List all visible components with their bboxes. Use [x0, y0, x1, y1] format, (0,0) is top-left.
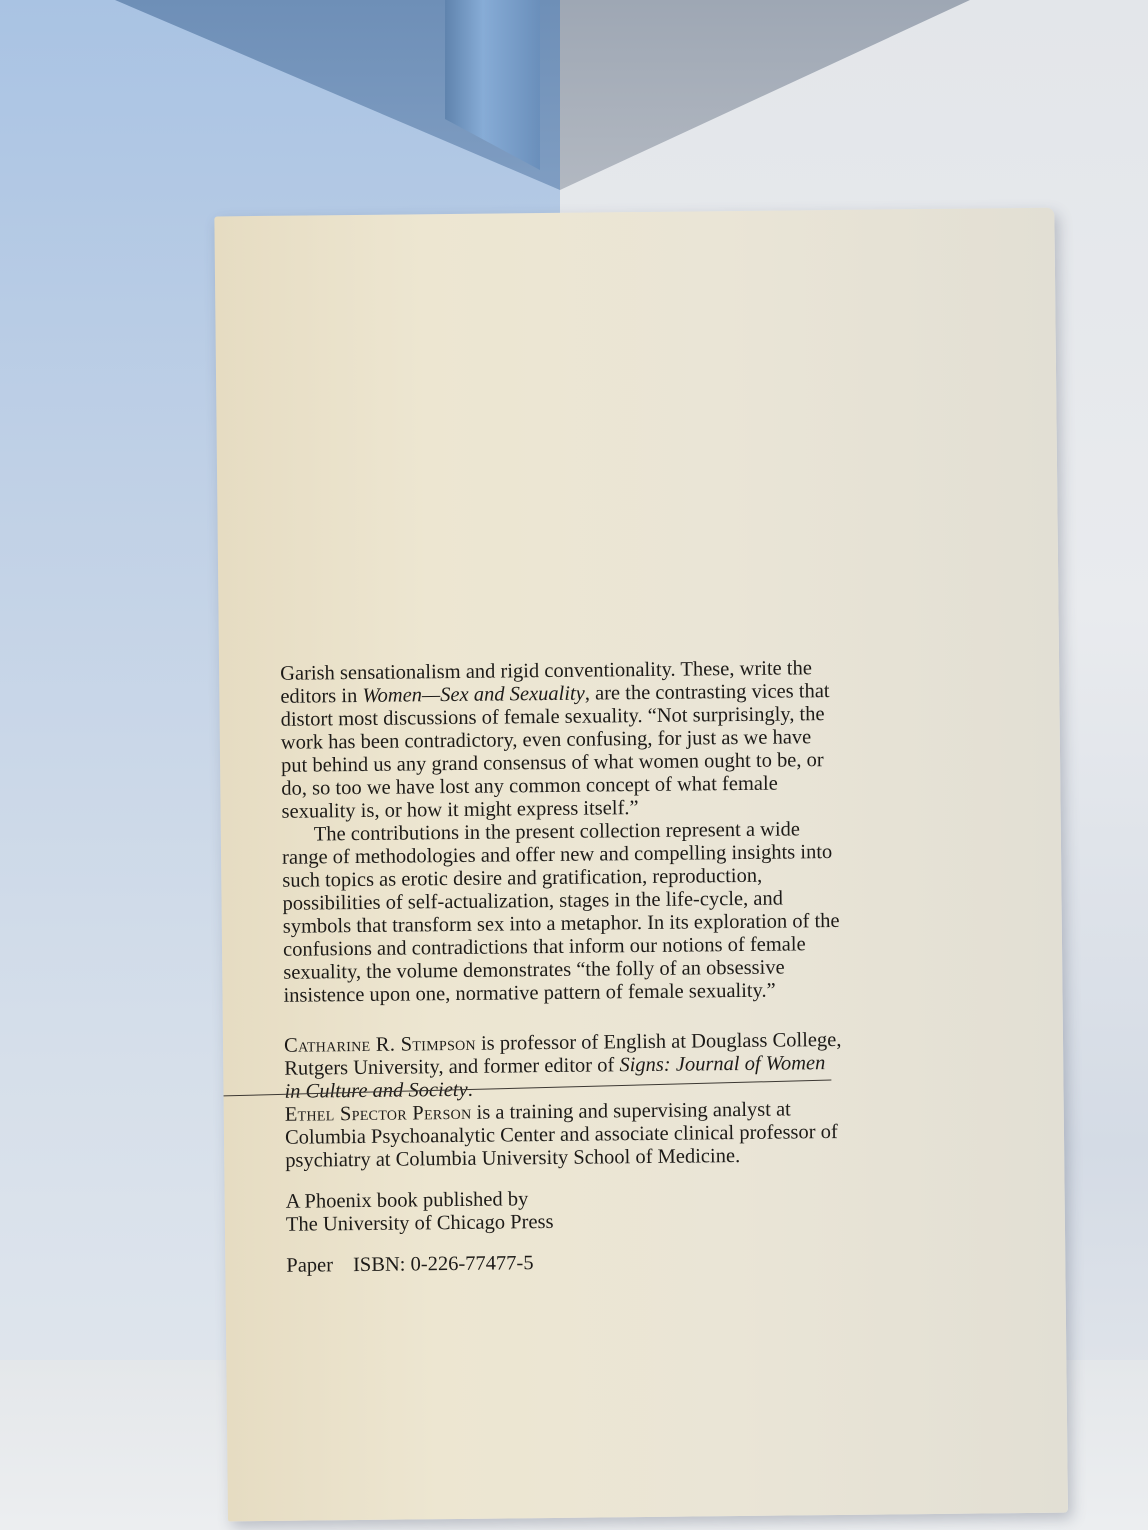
book-back-cover: Garish sensationalism and rigid conventi…	[214, 208, 1068, 1522]
blurb-paragraph-2: The contributions in the present collect…	[282, 818, 844, 1008]
editor-bios: Catharine R. Stimpson is professor of En…	[284, 1029, 845, 1173]
blurb-paragraph-1: Garish sensationalism and rigid conventi…	[280, 657, 842, 824]
publisher-line-2: The University of Chicago Press	[286, 1208, 846, 1237]
format-label: Paper	[286, 1254, 333, 1277]
publisher-info: A Phoenix book published by The Universi…	[286, 1185, 846, 1237]
isbn-row: Paper ISBN: 0-226-77477-5	[286, 1249, 846, 1278]
blurb: Garish sensationalism and rigid conventi…	[280, 657, 844, 1008]
editor-bio-person: Ethel Spector Person is a training and s…	[285, 1098, 846, 1173]
editor-name: Ethel Spector Person	[285, 1102, 472, 1126]
cover-text: Garish sensationalism and rigid conventi…	[280, 657, 846, 1278]
book-title: Women—Sex and Sexuality	[362, 683, 585, 707]
isbn: ISBN: 0-226-77477-5	[353, 1252, 534, 1277]
editor-name: Catharine R. Stimpson	[284, 1033, 476, 1057]
